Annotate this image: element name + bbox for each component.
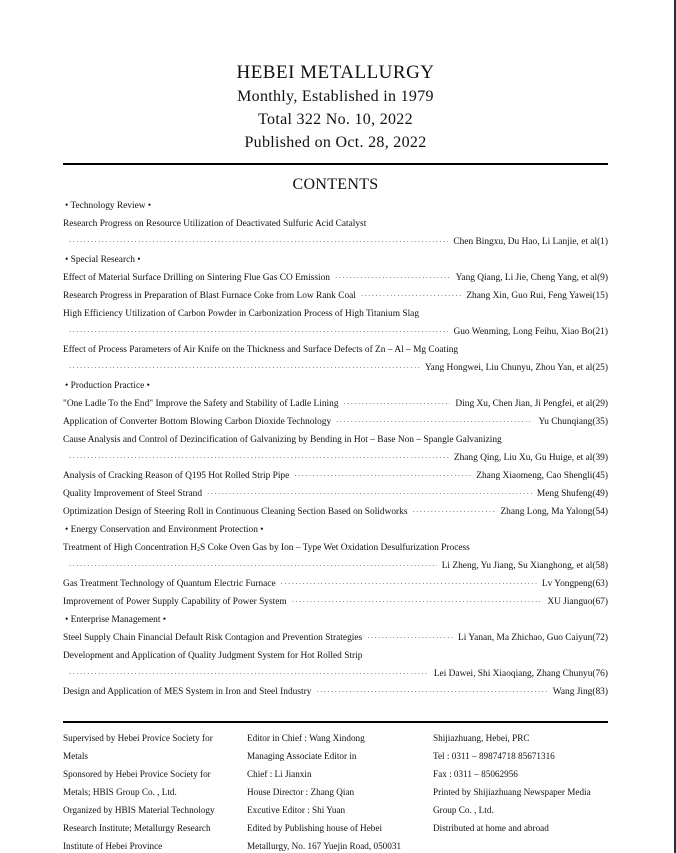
article-title: Research Progress on Resource Utilizatio…	[63, 215, 366, 233]
toc-entry-continuation[interactable]: Guo Wenming, Long Feihu, Xiao Bo(21)	[63, 323, 608, 341]
journal-published-date: Published on Oct. 28, 2022	[63, 131, 608, 154]
toc-entry[interactable]: Effect of Process Parameters of Air Knif…	[63, 341, 608, 359]
toc-entry[interactable]: Application of Converter Bottom Blowing …	[63, 413, 608, 431]
toc-entry[interactable]: Effect of Material Surface Drilling on S…	[63, 269, 608, 287]
dot-leader	[413, 503, 496, 521]
dot-leader	[367, 629, 453, 647]
dot-leader	[69, 665, 429, 683]
article-authors-page: Yang Hongwei, Liu Chunyu, Zhou Yan, et a…	[425, 359, 608, 377]
dot-leader	[69, 323, 448, 341]
journal-title: HEBEI METALLURGY	[63, 60, 608, 85]
toc-section-heading: • Technology Review •	[63, 197, 608, 215]
dot-leader	[69, 557, 437, 575]
article-title: Cause Analysis and Control of Dezincific…	[63, 431, 502, 449]
colophon-line: Chief : Li Jianxin	[247, 765, 401, 783]
article-authors-page: Guo Wenming, Long Feihu, Xiao Bo(21)	[453, 323, 608, 341]
toc-entry[interactable]: Design and Application of MES System in …	[63, 683, 608, 701]
article-authors-page: Zhang Qing, Liu Xu, Gu Huige, et al(39)	[454, 449, 608, 467]
article-title: Analysis of Cracking Reason of Q195 Hot …	[63, 467, 289, 485]
toc-section-heading: • Special Research •	[63, 251, 608, 269]
toc-entry[interactable]: Research Progress on Resource Utilizatio…	[63, 215, 608, 233]
article-authors-page: XU Jianguo(67)	[547, 593, 608, 611]
top-divider	[63, 163, 608, 165]
toc-entry[interactable]: High Efficiency Utilization of Carbon Po…	[63, 305, 608, 323]
dot-leader	[69, 359, 420, 377]
dot-leader	[69, 449, 449, 467]
article-title: Development and Application of Quality J…	[63, 647, 362, 665]
colophon-line: Edited by Publishing house of Hebei	[247, 819, 401, 837]
dot-leader	[207, 485, 532, 503]
colophon-column-editors: Editor in Chief : Wang XindongManaging A…	[247, 729, 401, 853]
article-authors-page: Li Yanan, Ma Zhichao, Guo Caiyun(72)	[458, 629, 608, 647]
colophon-line: House Director : Zhang Qian	[247, 783, 401, 801]
colophon-line: Group Co. , Ltd.	[433, 801, 591, 819]
article-title: Improvement of Power Supply Capability o…	[63, 593, 287, 611]
article-authors-page: Zhang Xin, Guo Rui, Feng Yawei(15)	[466, 287, 608, 305]
colophon-line: Institute of Hebei Province	[63, 837, 215, 853]
colophon-line: Shijiazhuang, Hebei, PRC	[433, 729, 591, 747]
toc-entry-continuation[interactable]: Zhang Qing, Liu Xu, Gu Huige, et al(39)	[63, 449, 608, 467]
colophon-column-publishers: Supervised by Hebei Provice Society forM…	[63, 729, 215, 853]
colophon-line: Metals	[63, 747, 215, 765]
toc-entry-continuation[interactable]: Lei Dawei, Shi Xiaoqiang, Zhang Chunyu(7…	[63, 665, 608, 683]
article-authors-page: Zhang Xiaomeng, Cao Shengli(45)	[476, 467, 608, 485]
article-title: Research Progress in Preparation of Blas…	[63, 287, 356, 305]
toc-entry[interactable]: Development and Application of Quality J…	[63, 647, 608, 665]
toc-section-heading: • Energy Conservation and Environment Pr…	[63, 521, 608, 539]
colophon-line: Editor in Chief : Wang Xindong	[247, 729, 401, 747]
article-title: Effect of Material Surface Drilling on S…	[63, 269, 330, 287]
toc-entry[interactable]: Cause Analysis and Control of Dezincific…	[63, 431, 608, 449]
article-title: Effect of Process Parameters of Air Knif…	[63, 341, 458, 359]
article-authors-page: Meng Shufeng(49)	[537, 485, 608, 503]
colophon-line: Research Institute; Metallurgy Research	[63, 819, 215, 837]
toc-entry-continuation[interactable]: Chen Bingxu, Du Hao, Li Lanjie, et al(1)	[63, 233, 608, 251]
article-authors-page: Yang Qiang, Li Jie, Cheng Yang, et al(9)	[456, 269, 608, 287]
article-authors-page: Lei Dawei, Shi Xiaoqiang, Zhang Chunyu(7…	[434, 665, 608, 683]
article-authors-page: Chen Bingxu, Du Hao, Li Lanjie, et al(1)	[453, 233, 608, 251]
article-title: "One Ladle To the End" Improve the Safet…	[63, 395, 339, 413]
contents-heading: CONTENTS	[63, 176, 608, 194]
colophon-line: Tel : 0311 – 89874718 85671316	[433, 747, 591, 765]
article-authors-page: Li Zheng, Yu Jiang, Su Xianghong, et al(…	[442, 557, 608, 575]
colophon-column-contact: Shijiazhuang, Hebei, PRCTel : 0311 – 898…	[433, 729, 591, 837]
article-title: Gas Treatment Technology of Quantum Elec…	[63, 575, 276, 593]
toc-section-heading: • Production Practice •	[63, 377, 608, 395]
toc-entry-continuation[interactable]: Li Zheng, Yu Jiang, Su Xianghong, et al(…	[63, 557, 608, 575]
dot-leader	[294, 467, 471, 485]
colophon-line: Metals; HBIS Group Co. , Ltd.	[63, 783, 215, 801]
article-title: Design and Application of MES System in …	[63, 683, 311, 701]
article-authors-page: Wang Jing(83)	[553, 683, 608, 701]
toc-entry[interactable]: Gas Treatment Technology of Quantum Elec…	[63, 575, 608, 593]
dot-leader	[316, 683, 547, 701]
dot-leader	[336, 413, 533, 431]
table-of-contents: • Technology Review •Research Progress o…	[63, 197, 608, 701]
dot-leader	[281, 575, 537, 593]
colophon-line: Printed by Shijiazhuang Newspaper Media	[433, 783, 591, 801]
article-title: Optimization Design of Steering Roll in …	[63, 503, 408, 521]
toc-entry[interactable]: "One Ladle To the End" Improve the Safet…	[63, 395, 608, 413]
toc-entry[interactable]: Quality Improvement of Steel StrandMeng …	[63, 485, 608, 503]
colophon-line: Excutive Editor : Shi Yuan	[247, 801, 401, 819]
article-title: High Efficiency Utilization of Carbon Po…	[63, 305, 419, 323]
toc-entry[interactable]: Analysis of Cracking Reason of Q195 Hot …	[63, 467, 608, 485]
masthead: HEBEI METALLURGY Monthly, Established in…	[63, 60, 608, 154]
toc-entry[interactable]: Research Progress in Preparation of Blas…	[63, 287, 608, 305]
bottom-divider	[63, 721, 608, 723]
article-authors-page: Lv Yongpeng(63)	[542, 575, 608, 593]
toc-entry[interactable]: Improvement of Power Supply Capability o…	[63, 593, 608, 611]
dot-leader	[69, 233, 448, 251]
colophon-line: Metallurgy, No. 167 Yuejin Road, 050031	[247, 837, 401, 853]
article-authors-page: Zhang Long, Ma Yalong(54)	[500, 503, 608, 521]
dot-leader	[335, 269, 451, 287]
colophon-line: Distributed at home and abroad	[433, 819, 591, 837]
dot-leader	[344, 395, 451, 413]
toc-section-heading: • Enterprise Management •	[63, 611, 608, 629]
colophon-line: Supervised by Hebei Provice Society for	[63, 729, 215, 747]
article-title: Application of Converter Bottom Blowing …	[63, 413, 331, 431]
journal-issue: Total 322 No. 10, 2022	[63, 108, 608, 131]
colophon-line: Organized by HBIS Material Technology	[63, 801, 215, 819]
dot-leader	[292, 593, 543, 611]
article-title-part: S Coke Oven Gas by Ion – Type Wet Oxidat…	[200, 543, 470, 553]
toc-entry-continuation[interactable]: Yang Hongwei, Liu Chunyu, Zhou Yan, et a…	[63, 359, 608, 377]
journal-frequency: Monthly, Established in 1979	[63, 85, 608, 108]
colophon-line: Sponsored by Hebei Provice Society for	[63, 765, 215, 783]
article-title: Steel Supply Chain Financial Default Ris…	[63, 629, 362, 647]
article-title: Treatment of High Concentration H2S Coke…	[63, 539, 470, 557]
article-authors-page: Ding Xu, Chen Jian, Ji Pengfei, et al(29…	[455, 395, 608, 413]
article-title-part: Treatment of High Concentration H	[63, 543, 197, 553]
colophon-line: Fax : 0311 – 85062956	[433, 765, 591, 783]
toc-entry[interactable]: Treatment of High Concentration H2S Coke…	[63, 539, 608, 557]
article-authors-page: Yu Chunqiang(35)	[538, 413, 608, 431]
dot-leader	[361, 287, 461, 305]
article-title: Quality Improvement of Steel Strand	[63, 485, 202, 503]
toc-entry[interactable]: Steel Supply Chain Financial Default Ris…	[63, 629, 608, 647]
toc-entry[interactable]: Optimization Design of Steering Roll in …	[63, 503, 608, 521]
colophon-line: Managing Associate Editor in	[247, 747, 401, 765]
